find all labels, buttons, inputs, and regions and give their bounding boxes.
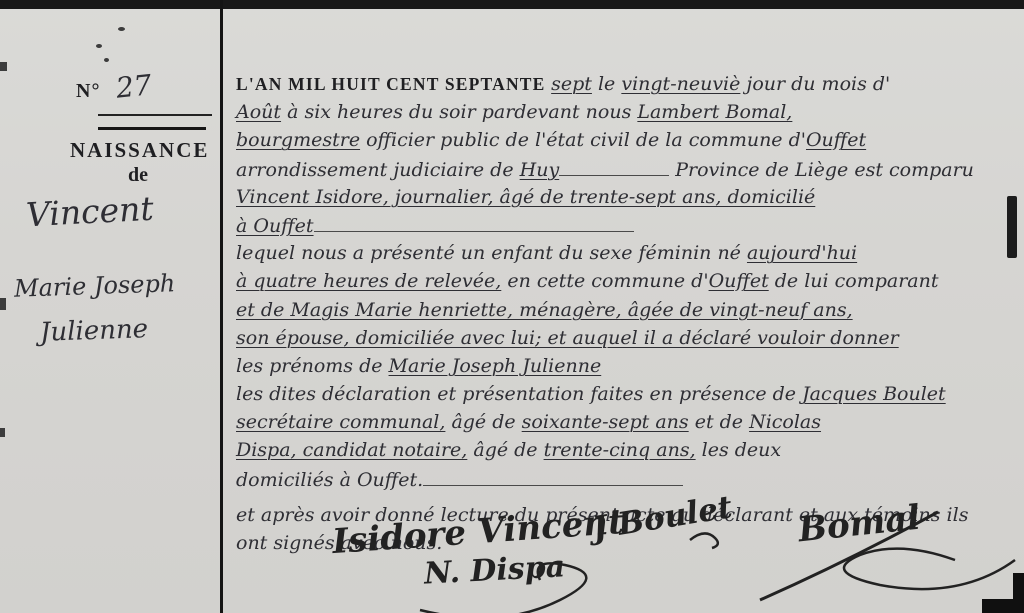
text-line: lequel nous a présenté un enfant du sexe… — [236, 239, 1016, 267]
ruled-blank — [423, 465, 683, 486]
text-line: et de Magis Marie henriette, ménagère, â… — [236, 296, 1016, 324]
text-line: L'AN MIL HUIT CENT SEPTANTE sept le ving… — [236, 70, 1016, 98]
handwritten-text: soixante-sept ans — [522, 411, 689, 433]
handwritten-text: bourgmestre — [236, 129, 360, 151]
handwritten-text: âgé de — [467, 439, 543, 461]
handwritten-text: secrétaire communal, — [236, 411, 445, 433]
text-line: Vincent Isidore, journalier, âgé de tren… — [236, 183, 1016, 211]
text-line: à Ouffet — [236, 211, 1016, 239]
handwritten-text: Ouffet — [709, 270, 769, 292]
handwritten-text: en cette commune d' — [501, 270, 708, 292]
text-line: son épouse, domiciliée avec lui; et auqu… — [236, 324, 1016, 352]
text-line: les prénoms de Marie Joseph Julienne — [236, 352, 1016, 380]
handwritten-text: son épouse, domiciliée avec lui; et auqu… — [236, 327, 899, 349]
handwritten-text: à quatre heures de relevée, — [236, 270, 501, 292]
handwritten-text: Vincent Isidore, journalier, âgé de tren… — [236, 186, 815, 208]
scan-speck — [0, 298, 6, 310]
handwritten-text: de lui comparant — [769, 270, 939, 292]
scan-speck — [118, 27, 125, 31]
scan-corner-mark — [1013, 573, 1024, 613]
underline — [98, 114, 212, 116]
handwritten-text: Jacques Boulet — [802, 383, 946, 405]
ruled-blank — [314, 211, 634, 232]
margin-rule — [220, 0, 223, 613]
handwritten-text: officier public de l'état civil de la co… — [360, 129, 806, 151]
handwritten-text: âgé de — [445, 411, 521, 433]
printed-text: L'AN MIL HUIT CENT SEPTANTE — [236, 74, 551, 94]
child-firstnames: Julienne — [40, 314, 149, 348]
text-line: domiciliés à Ouffet. — [236, 465, 1016, 493]
handwritten-text: à Ouffet — [236, 215, 314, 237]
handwritten-text: et de — [689, 411, 749, 433]
handwritten-text: vingt-neuviè — [621, 73, 740, 95]
child-firstnames: Marie Joseph — [14, 269, 176, 303]
handwritten-text: Lambert Bomal, — [637, 101, 792, 123]
text-line: secrétaire communal, âgé de soixante-sep… — [236, 408, 1016, 436]
text-line: Août à six heures du soir pardevant nous… — [236, 98, 1016, 126]
handwritten-text: Nicolas — [749, 411, 821, 433]
act-number: 27 — [114, 68, 153, 105]
handwritten-text: arrondissement judiciaire de — [236, 159, 520, 181]
scanned-birth-record: N° 27 NAISSANCE de Vincent Marie Joseph … — [0, 0, 1024, 613]
scan-speck — [104, 58, 109, 62]
act-number-label: N° — [76, 80, 100, 103]
handwritten-text: Province de Liège est comparu — [669, 159, 974, 181]
text-line: Dispa, candidat notaire, âgé de trente-c… — [236, 436, 1016, 464]
handwritten-text: trente-cinq ans, — [544, 439, 696, 461]
text-line: à quatre heures de relevée, en cette com… — [236, 267, 1016, 295]
margin-heading-sub: de — [128, 164, 148, 187]
scan-speck — [0, 62, 7, 71]
scan-speck — [0, 428, 5, 437]
ruled-blank — [559, 155, 669, 176]
margin-heading: NAISSANCE — [70, 138, 209, 163]
child-surname: Vincent — [25, 189, 154, 235]
handwritten-text: Ouffet — [806, 129, 866, 151]
handwritten-text: Huy — [520, 159, 560, 181]
text-line: arrondissement judiciaire de Huy Provinc… — [236, 155, 1016, 183]
text-line: les dites déclaration et présentation fa… — [236, 380, 1016, 408]
scan-edge-top — [0, 0, 1024, 9]
handwritten-text: lequel nous a présenté un enfant du sexe… — [236, 242, 747, 264]
handwritten-text: à six heures du soir pardevant nous — [281, 101, 637, 123]
signature-witness2: N. Dispa — [423, 549, 566, 591]
handwritten-text: domiciliés à Ouffet. — [236, 469, 423, 491]
underline — [98, 127, 206, 130]
scan-speck — [96, 44, 102, 48]
handwritten-text: les dites déclaration et présentation fa… — [236, 383, 802, 405]
handwritten-text: Dispa, candidat notaire, — [236, 439, 467, 461]
handwritten-text: Marie Joseph Julienne — [389, 355, 602, 377]
handwritten-text: aujourd'hui — [747, 242, 857, 264]
handwritten-text: et de Magis Marie henriette, ménagère, â… — [236, 299, 853, 321]
handwritten-text: le — [592, 73, 621, 95]
handwritten-text: sept — [551, 73, 592, 95]
handwritten-text: les deux — [696, 439, 782, 461]
handwritten-text: les prénoms de — [236, 355, 389, 377]
handwritten-text: jour du mois d' — [740, 73, 890, 95]
body-lines: L'AN MIL HUIT CENT SEPTANTE sept le ving… — [236, 70, 1016, 557]
handwritten-text: Août — [236, 101, 281, 123]
text-line: bourgmestre officier public de l'état ci… — [236, 126, 1016, 154]
